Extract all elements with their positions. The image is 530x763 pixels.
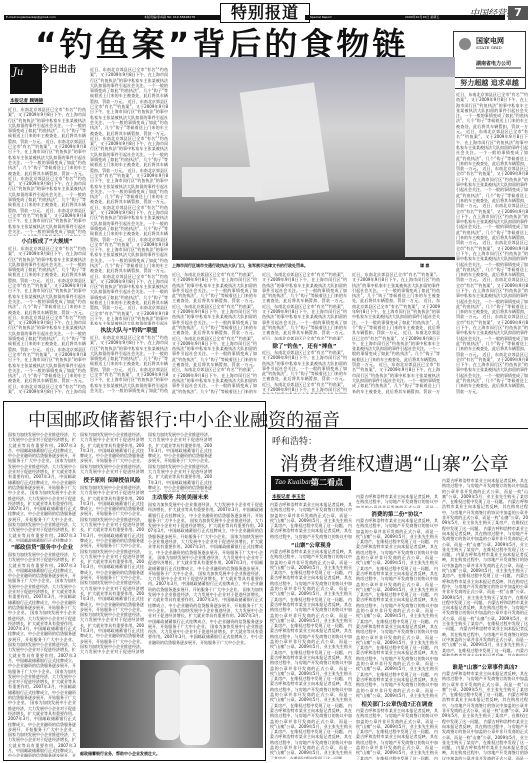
article3-sub5: 谁是“山寨”公章事件真凶? bbox=[442, 663, 528, 671]
article3-byline: 本报记者 李玉宏 bbox=[272, 494, 305, 500]
article2-col3b: 国家为加快发展中小企业推进经济，大力发展中小企业对于促进经济增长，扩大就业等具有… bbox=[148, 502, 263, 650]
article1-photo-credit: 谭 春 bbox=[420, 263, 429, 269]
article3-col2b: 内蒙古呼和浩特市某业主向本报记者反映，其在购房过程中，与房地产开发商签订的协议中… bbox=[356, 518, 438, 698]
article1-photo-caption: 上海市闵行区城市交通行政执法大队门口，张军展示法律文书的行政处罚单。 bbox=[172, 263, 308, 269]
ad-subsidiary: 湖南省电力公司 bbox=[476, 60, 511, 67]
article1-col4b: 近日，东南北京郊县区已全市“有名”“钓鱼案”，又于2009年9月8日下午，在上海… bbox=[262, 350, 347, 394]
column-name: 今日出击 bbox=[40, 64, 76, 94]
article2-col1: 国家为加快发展中小企业推进经济，大力发展中小企业对于促进经济增长，扩大就业等具有… bbox=[8, 432, 76, 542]
article3-col1: 内蒙古呼和浩特市某业主向本报记者反映，其在购房过程中，与房地产开发商签订的协议中… bbox=[270, 502, 352, 540]
article1-sub2: 执法大队与“钓钩”联盟 bbox=[90, 326, 168, 334]
article1-col4: 近日，东南北京郊县区已全市“有名”“钓鱼案”，又于2009年9月8日下午，在上海… bbox=[262, 272, 347, 340]
article2-photo bbox=[80, 660, 263, 748]
article1-col1: 近日，东南北京郊县区已全市“有名”“钓鱼案”，又于2009年9月8日下午，在上海… bbox=[8, 107, 86, 236]
banner-logo: Tao Kuaiban bbox=[275, 476, 313, 490]
article3-col3b: 内蒙古呼和浩特市某业主向本报记者反映，其在购房过程中，与房地产开发商签订的协议中… bbox=[442, 671, 528, 760]
article1-col6: 近日，东南北京郊县区已全市“有名”“钓鱼案”，又于2009年9月8日下午，在上海… bbox=[456, 92, 528, 394]
article1-col2b: 近日，东南北京郊县区已全市“有名”“钓鱼案”，又于2009年9月8日下午，在上海… bbox=[90, 335, 168, 393]
article3-kicker: 呼和浩特： bbox=[272, 434, 317, 447]
article3-sub4: 相关部门:公章伪造?正在调查 bbox=[356, 700, 438, 708]
article1-col5: 近日，东南北京郊县区已全市“有名”“钓鱼案”，又于2009年9月8日下午，在上海… bbox=[352, 272, 440, 394]
page-number: 7 bbox=[508, 6, 528, 20]
article3-col3: 内蒙古呼和浩特市某业主向本报记者反映，其在购房过程中，与房地产开发商签订的协议中… bbox=[442, 478, 528, 656]
article2-sub2: 授予原则 保障授信风险 bbox=[80, 476, 144, 484]
article2-col2b: 国家为加快发展中小企业推进经济，大力发展中小企业对于促进经济增长，扩大就业等具有… bbox=[80, 485, 144, 655]
ad-company-en: STATE GRID bbox=[476, 45, 502, 50]
article3-sub1: “山寨”公章现身 bbox=[270, 541, 352, 549]
section-en: Special Report bbox=[310, 15, 332, 20]
column-logo: Ju bbox=[10, 64, 42, 94]
article3-col1b: 内蒙古呼和浩特市某业主向本报记者反映，其在购房过程中，与房地产开发商签订的协议中… bbox=[270, 549, 352, 759]
ad-slogan: 努力超越 追求卓越 bbox=[453, 78, 526, 89]
article2-sub1: “邮政信贷”服务中小企业 bbox=[8, 543, 76, 551]
banner-label: 第二看点 bbox=[311, 478, 343, 487]
ad-state-grid: 国家电网 STATE GRID 湖南省电力公司 bbox=[453, 31, 526, 78]
article2-col3: 国家为加快发展中小企业推进经济，大力发展中小企业对于促进经济增长，扩大就业等具有… bbox=[148, 432, 212, 492]
article2-photo-caption: 邮政储蓄银行业务，帮助中小企业发展壮大。 bbox=[80, 751, 160, 757]
state-grid-logo-icon bbox=[459, 38, 471, 50]
masthead-email: E-mail:xinjianbaokeji@gmail.com bbox=[6, 15, 56, 20]
masthead-bar-left: E-mail:xinjianbaokeji@gmail.com 本版责编/李卓颖… bbox=[4, 15, 222, 20]
article2-col1b: 国家为加快发展中小企业推进经济，大力发展中小企业对于促进经济增长，扩大就业等具有… bbox=[8, 552, 76, 757]
article1-col1b: 近日，东南北京郊县区已全市“有名”“钓鱼案”，又于2009年9月8日下午，在上海… bbox=[8, 246, 86, 394]
article3-banner: Tao Kuaiban 第二看点 bbox=[271, 476, 351, 490]
article3-col2: 内蒙古呼和浩特市某业主向本报记者反映，其在购房过程中，与房地产开发商签订的协议中… bbox=[356, 494, 438, 508]
article1-sub1: 小白板成了“大规规” bbox=[8, 237, 86, 245]
article3-col2c: 内蒙古呼和浩特市某业主向本报记者反映，其在购房过程中，与房地产开发商签订的协议中… bbox=[356, 708, 438, 760]
article3-headline: 消费者维权遭遇“山寨”公章 bbox=[280, 449, 509, 476]
article1-photo bbox=[172, 57, 455, 260]
article1-byline: 本报记者 顾锦锦 bbox=[10, 98, 43, 104]
article2-sub3: 主动服务 共创美丽未来 bbox=[148, 493, 212, 501]
article1-col3: 近日，东南北京郊县区已全市“有名”“钓鱼案”，又于2009年9月8日下午，在上海… bbox=[172, 272, 257, 394]
article1-sub3: 除了“钓鱼”，还有“摔鱼” bbox=[262, 342, 347, 350]
article1-col2: 近日，东南北京郊县区已全市“有名”“钓鱼案”，又于2009年9月8日下午，在上海… bbox=[90, 67, 168, 325]
section-title: 特别报道 bbox=[220, 3, 310, 23]
masthead-editor: 本版责编/李卓颖 Tel: 010-58498278 bbox=[144, 15, 195, 20]
masthead-date: 2009年10月16日 星期五 bbox=[405, 15, 439, 20]
article2-col2: 国家为加快发展中小企业推进经济，大力发展中小企业对于促进经济增长，扩大就业等具有… bbox=[80, 432, 144, 474]
article3-sub2: 消费的第二份“协议” bbox=[356, 510, 438, 518]
